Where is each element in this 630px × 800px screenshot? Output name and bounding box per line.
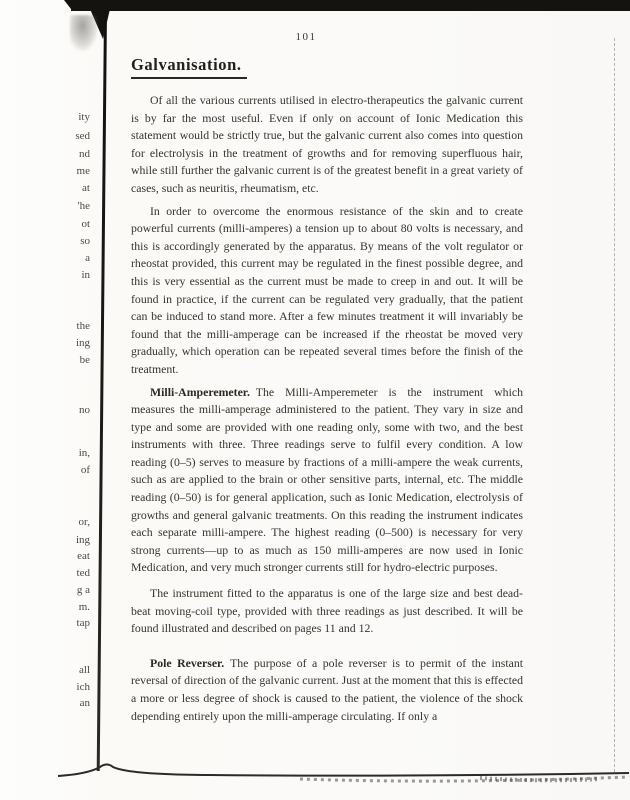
paragraph: Pole Reverser. The purpose of a pole rev…	[131, 655, 523, 725]
margin-fragment: in	[81, 269, 90, 281]
paragraph-lead: Milli-Amperemeter.	[150, 385, 250, 399]
margin-fragment: at	[82, 182, 90, 194]
margin-fragment: a	[85, 252, 90, 264]
paragraph: Milli-Amperemeter. The Milli-Amperemeter…	[131, 384, 523, 578]
margin-fragment: all	[79, 664, 90, 676]
margin-fragment: eat	[77, 550, 90, 562]
scan-edge-bottom	[0, 752, 630, 797]
margin-fragment: ing	[76, 337, 90, 349]
margin-fragment: be	[80, 354, 90, 366]
margin-fragment: or,	[79, 516, 90, 528]
margin-fragment: so	[80, 235, 90, 247]
margin-fragment: nd	[79, 148, 90, 160]
margin-fragment: ing	[76, 534, 90, 546]
margin-fragment: ity	[78, 111, 90, 123]
margin-fragment: me	[77, 165, 90, 177]
page-number: 101	[131, 31, 523, 43]
margin-fragment: tap	[77, 617, 90, 629]
margin-fragment: ot	[81, 218, 90, 230]
margin-fragment: of	[81, 464, 90, 476]
margin-fragment: sed	[75, 130, 90, 142]
paragraph: The instrument fitted to the apparatus i…	[131, 585, 523, 638]
margin-fragment: m.	[79, 601, 90, 613]
paragraph: In order to overcome the enormous resist…	[131, 203, 523, 379]
left-margin-fragments: itysedndmeat'heotsoaintheingbenoin,ofor,…	[0, 0, 97, 800]
margin-fragment: ich	[77, 681, 90, 693]
margin-fragment: the	[77, 320, 90, 332]
margin-fragment: in,	[79, 447, 90, 459]
margin-fragment: no	[79, 404, 90, 416]
margin-fragment: an	[80, 697, 90, 709]
body-text: Of all the various currents utilised in …	[131, 92, 523, 725]
section-heading: Galvanisation.	[131, 55, 247, 79]
paragraph: Of all the various currents utilised in …	[131, 92, 523, 198]
margin-fragment: 'he	[78, 200, 90, 212]
paragraph-lead: Pole Reverser.	[150, 656, 224, 670]
scan-edge-top	[71, 0, 630, 11]
margin-fragment: ted	[77, 567, 90, 579]
book-spine-line	[97, 11, 107, 771]
margin-fragment: g a	[77, 584, 90, 596]
scan-edge-right	[614, 38, 615, 772]
